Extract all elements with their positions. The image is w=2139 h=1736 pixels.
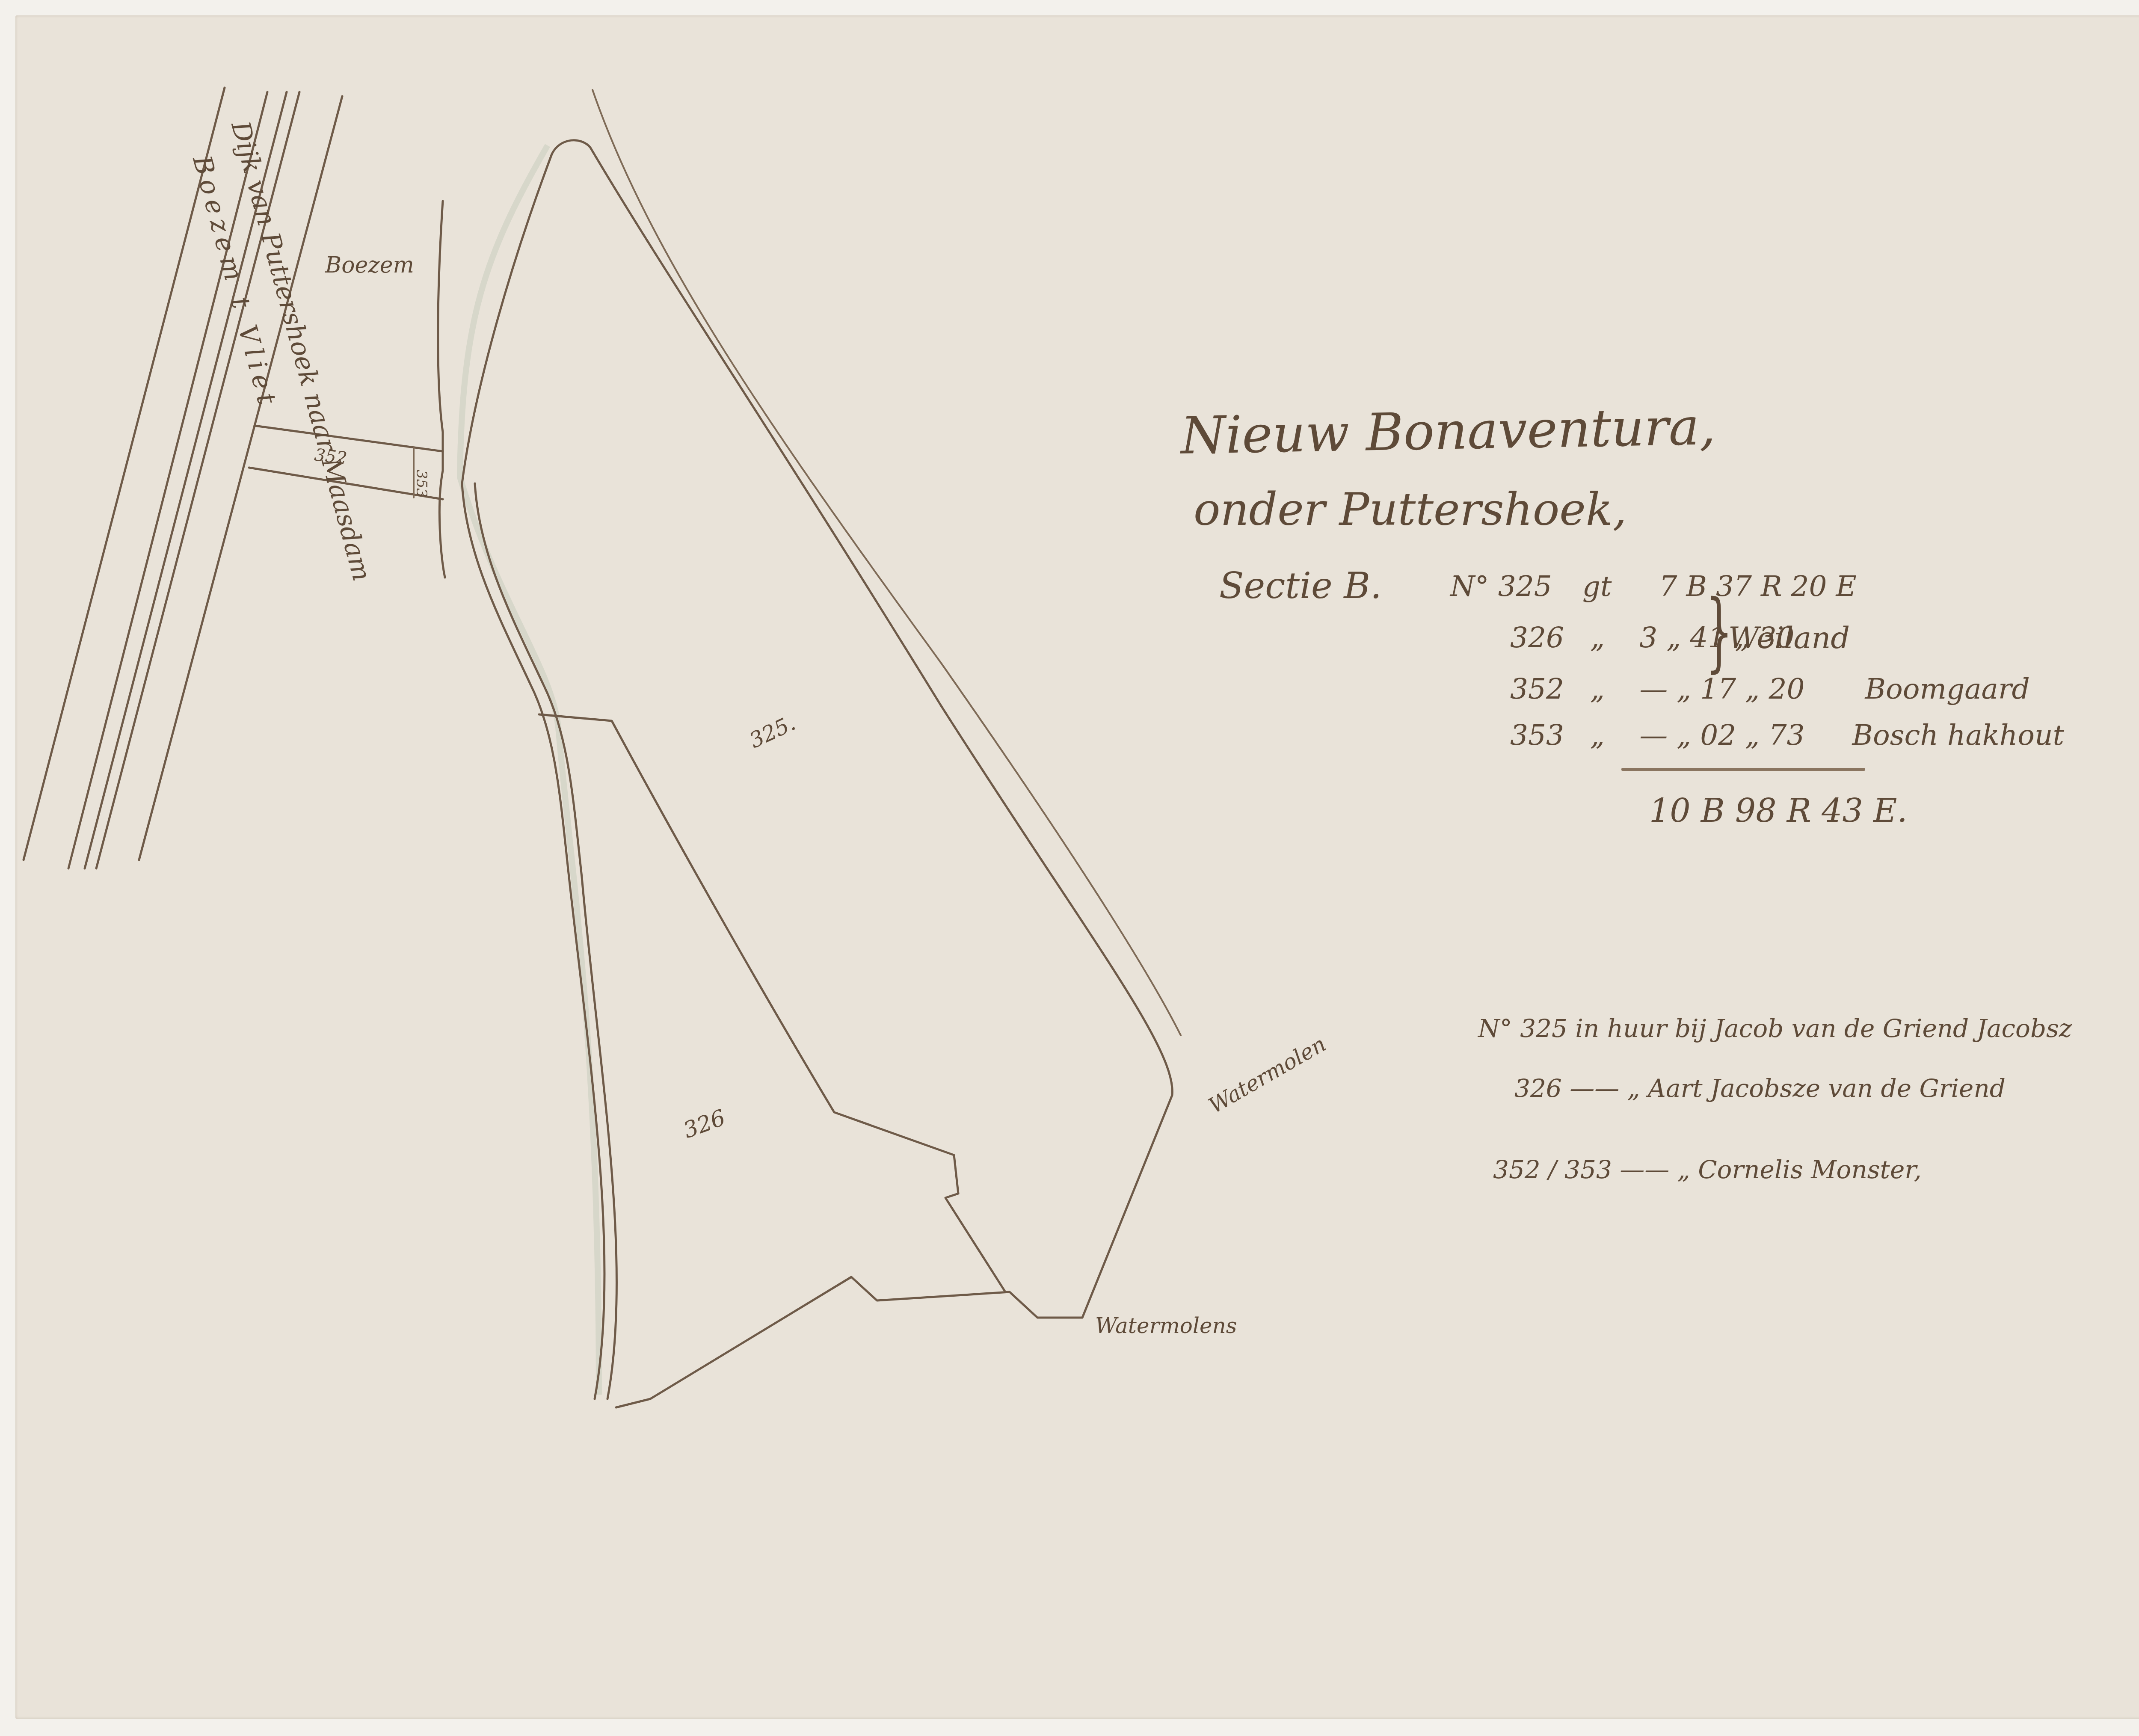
area-bunders: — „ xyxy=(1639,672,1691,705)
unit-abbrev: „ xyxy=(1590,672,1605,705)
map-title: Nieuw Bonaventura, xyxy=(1180,397,1716,466)
parcel-number: 352 xyxy=(1510,672,1564,705)
parcel-outline xyxy=(460,90,1181,1407)
unit-abbrev: gt xyxy=(1582,570,1612,603)
ownership-note: N° 325 in huur bij Jacob van de Griend J… xyxy=(1478,1014,2072,1043)
owner-text: —— „ Aart Jacobsze van de Griend xyxy=(1570,1074,2006,1103)
section-label: Sectie B. xyxy=(1219,565,1382,607)
parcel-label-353: 353 xyxy=(413,470,430,498)
group-land-use: Weiland xyxy=(1728,620,1850,655)
ownership-note: 326 —— „ Aart Jacobsze van de Griend xyxy=(1514,1074,2006,1103)
boezem-label: Boezem xyxy=(325,252,414,278)
total-rule xyxy=(1621,768,1865,771)
area-roeden: 02 „ xyxy=(1700,719,1760,752)
register-row: N° 325 gt 7 B 37 R 20 E xyxy=(1450,570,1857,603)
land-use: Boomgaard xyxy=(1865,672,2029,705)
ownership-note: 352 / 353 —— „ Cornelis Monster, xyxy=(1493,1155,1922,1184)
area-ellen: 20 E xyxy=(1791,570,1857,603)
register-row: 352 „ — „ 17 „ 20 Boomgaard xyxy=(1510,672,2030,705)
dike-lines xyxy=(24,88,342,868)
area-bunders: 7 B xyxy=(1659,570,1706,603)
map-subtitle: onder Puttershoek, xyxy=(1194,483,1627,536)
area-ellen: 73 xyxy=(1769,719,1804,752)
owner-parcels: N° 325 xyxy=(1478,1014,1567,1043)
unit-abbrev: „ xyxy=(1590,621,1605,654)
owner-text: —— „ Cornelis Monster, xyxy=(1620,1155,1922,1184)
land-use: Bosch hakhout xyxy=(1852,719,2064,752)
area-ellen: 20 xyxy=(1769,672,1804,705)
total-area: 10 B 98 R 43 E. xyxy=(1649,791,1908,829)
area-bunders: 3 „ xyxy=(1639,621,1681,654)
parcel-label-352: 352 xyxy=(313,445,348,468)
unit-abbrev: „ xyxy=(1590,719,1605,752)
parcel-number: 325 xyxy=(1498,570,1552,603)
parcel-number: 326 xyxy=(1510,621,1564,654)
owner-parcels: 326 xyxy=(1514,1074,1562,1103)
area-bunders: — „ xyxy=(1639,719,1691,752)
cadastral-map-drawing xyxy=(0,0,2139,1736)
parcel-number: 353 xyxy=(1510,719,1564,752)
number-prefix: N° xyxy=(1450,570,1489,603)
owner-text: in huur bij Jacob van de Griend Jacobsz xyxy=(1575,1014,2072,1043)
owner-parcels: 352 / 353 xyxy=(1493,1155,1612,1184)
register-row: 353 „ — „ 02 „ 73 Bosch hakhout xyxy=(1510,719,2064,752)
watermolens-label: Watermolens xyxy=(1095,1313,1237,1338)
